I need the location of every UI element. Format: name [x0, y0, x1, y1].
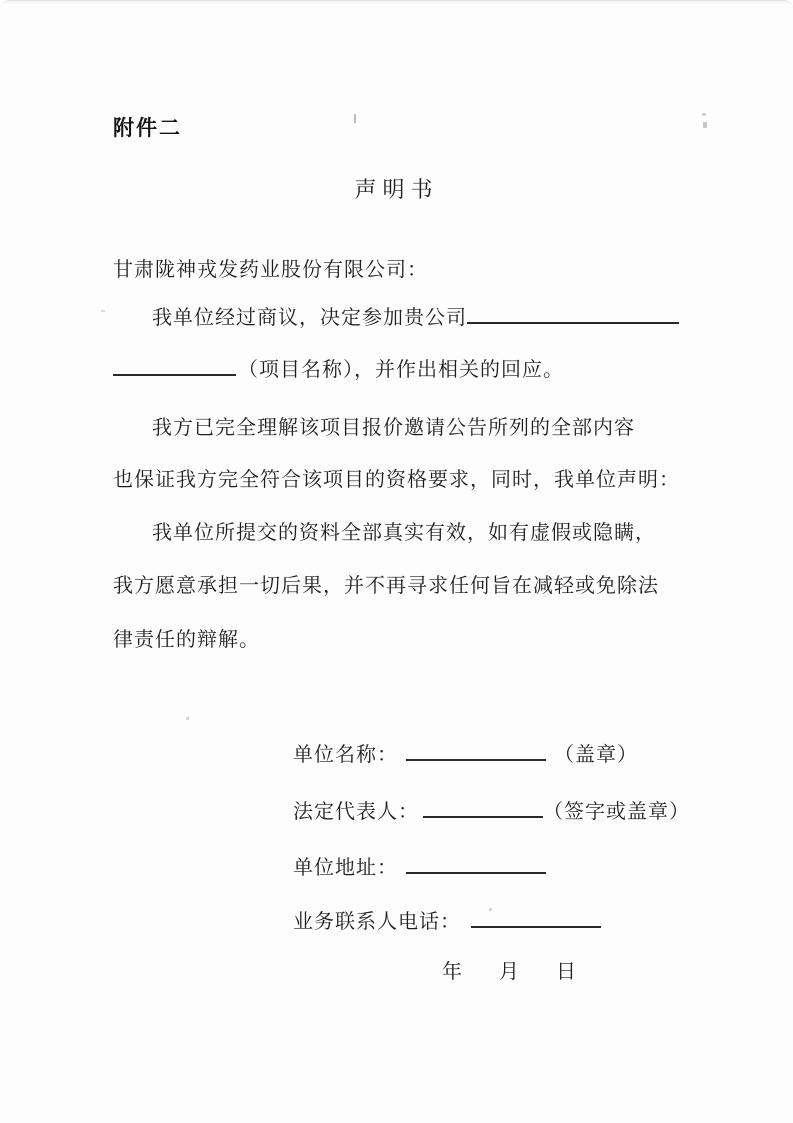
signature-unit-name-row: 单位名称：（盖章） [293, 739, 638, 769]
scanned-document-page: 附件二 声明书 甘肃陇神戎发药业股份有限公司： 我单位经过商议，决定参加贵公司 … [0, 0, 793, 1123]
para1-text-after-blank: （项目名称），并作出相关的回应。 [238, 359, 564, 381]
para1-text-before-blank: 我单位经过商议，决定参加贵公司 [152, 307, 467, 329]
legal-rep-label: 法定代表人： [293, 801, 419, 823]
attachment-label: 附件二 [113, 115, 182, 142]
scan-noise-speck [186, 717, 189, 720]
salutation-company-name: 甘肃陇神戎发药业股份有限公司： [113, 257, 428, 284]
project-name-blank-part2 [113, 354, 236, 376]
unit-name-blank [406, 739, 546, 761]
document-title: 声明书 [0, 176, 793, 203]
phone-blank [471, 906, 601, 928]
signature-address-row: 单位地址： [293, 852, 546, 882]
paragraph2-line1: 我方已完全理解该项目报价邀请公告所列的全部内容 [113, 415, 635, 442]
paragraph1-line2: （项目名称），并作出相关的回应。 [113, 354, 564, 384]
paragraph3-line3: 律责任的辩解。 [113, 627, 260, 654]
legal-rep-blank [423, 796, 543, 818]
signature-phone-row: 业务联系人电话： [293, 906, 601, 936]
scan-noise-speck [702, 113, 706, 116]
signature-legal-rep-row: 法定代表人：（签字或盖章） [293, 796, 690, 826]
address-blank [406, 852, 546, 874]
date-line: 年 月 日 [442, 959, 577, 986]
unit-name-seal-note: （盖章） [554, 744, 638, 766]
paragraph3-line1: 我单位所提交的资料全部真实有效，如有虚假或隐瞒， [113, 520, 656, 547]
scan-noise-speck [101, 310, 105, 312]
legal-rep-sign-note: （签字或盖章） [543, 801, 690, 823]
address-label: 单位地址： [293, 857, 398, 879]
unit-name-label: 单位名称： [293, 744, 398, 766]
project-name-blank-part1 [467, 302, 679, 324]
paragraph3-line2: 我方愿意承担一切后果，并不再寻求任何旨在减轻或免除法 [113, 573, 659, 600]
paragraph2-line2: 也保证我方完全符合该项目的资格要求，同时，我单位声明： [113, 467, 680, 494]
paragraph1-line1: 我单位经过商议，决定参加贵公司 [113, 302, 679, 332]
scan-noise-speck [354, 114, 356, 123]
phone-label: 业务联系人电话： [293, 911, 461, 933]
scan-noise-speck [703, 122, 707, 128]
scan-edge-shading [0, 1, 793, 4]
